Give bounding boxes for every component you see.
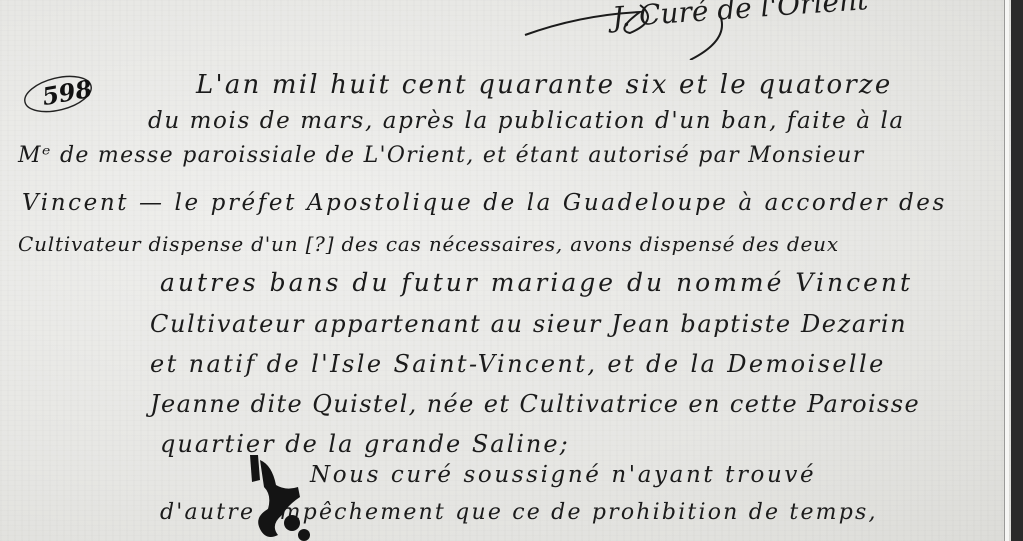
text-line-10: quartier de la grande Saline; <box>160 430 570 458</box>
text-line-5: Cultivateur dispense d'un [?] des cas né… <box>18 232 839 256</box>
register-page: J. Curé de l'Orient 598 L'an mil huit ce… <box>0 0 1013 541</box>
ink-blot <box>230 455 310 541</box>
text-line-8: et natif de l'Isle Saint-Vincent, et de … <box>150 350 886 378</box>
text-line-6: autres bans du futur mariage du nommé Vi… <box>160 268 913 297</box>
text-line-4: Vincent — le préfet Apostolique de la Gu… <box>22 190 947 216</box>
text-line-9: Jeanne dite Quistel, née et Cultivatrice… <box>150 390 920 418</box>
text-line-1: L'an mil huit cent quarante six et le qu… <box>196 70 892 100</box>
scan-border <box>1011 0 1023 541</box>
page-edge <box>1004 0 1009 541</box>
text-line-11: Nous curé soussigné n'ayant trouvé <box>310 462 816 488</box>
text-line-3: Mᵉ de messe paroissiale de L'Orient, et … <box>18 143 865 168</box>
entry-number-badge: 598 <box>22 72 96 116</box>
text-line-7: Cultivateur appartenant au sieur Jean ba… <box>150 310 907 338</box>
text-line-2: du mois de mars, après la publication d'… <box>148 108 905 134</box>
